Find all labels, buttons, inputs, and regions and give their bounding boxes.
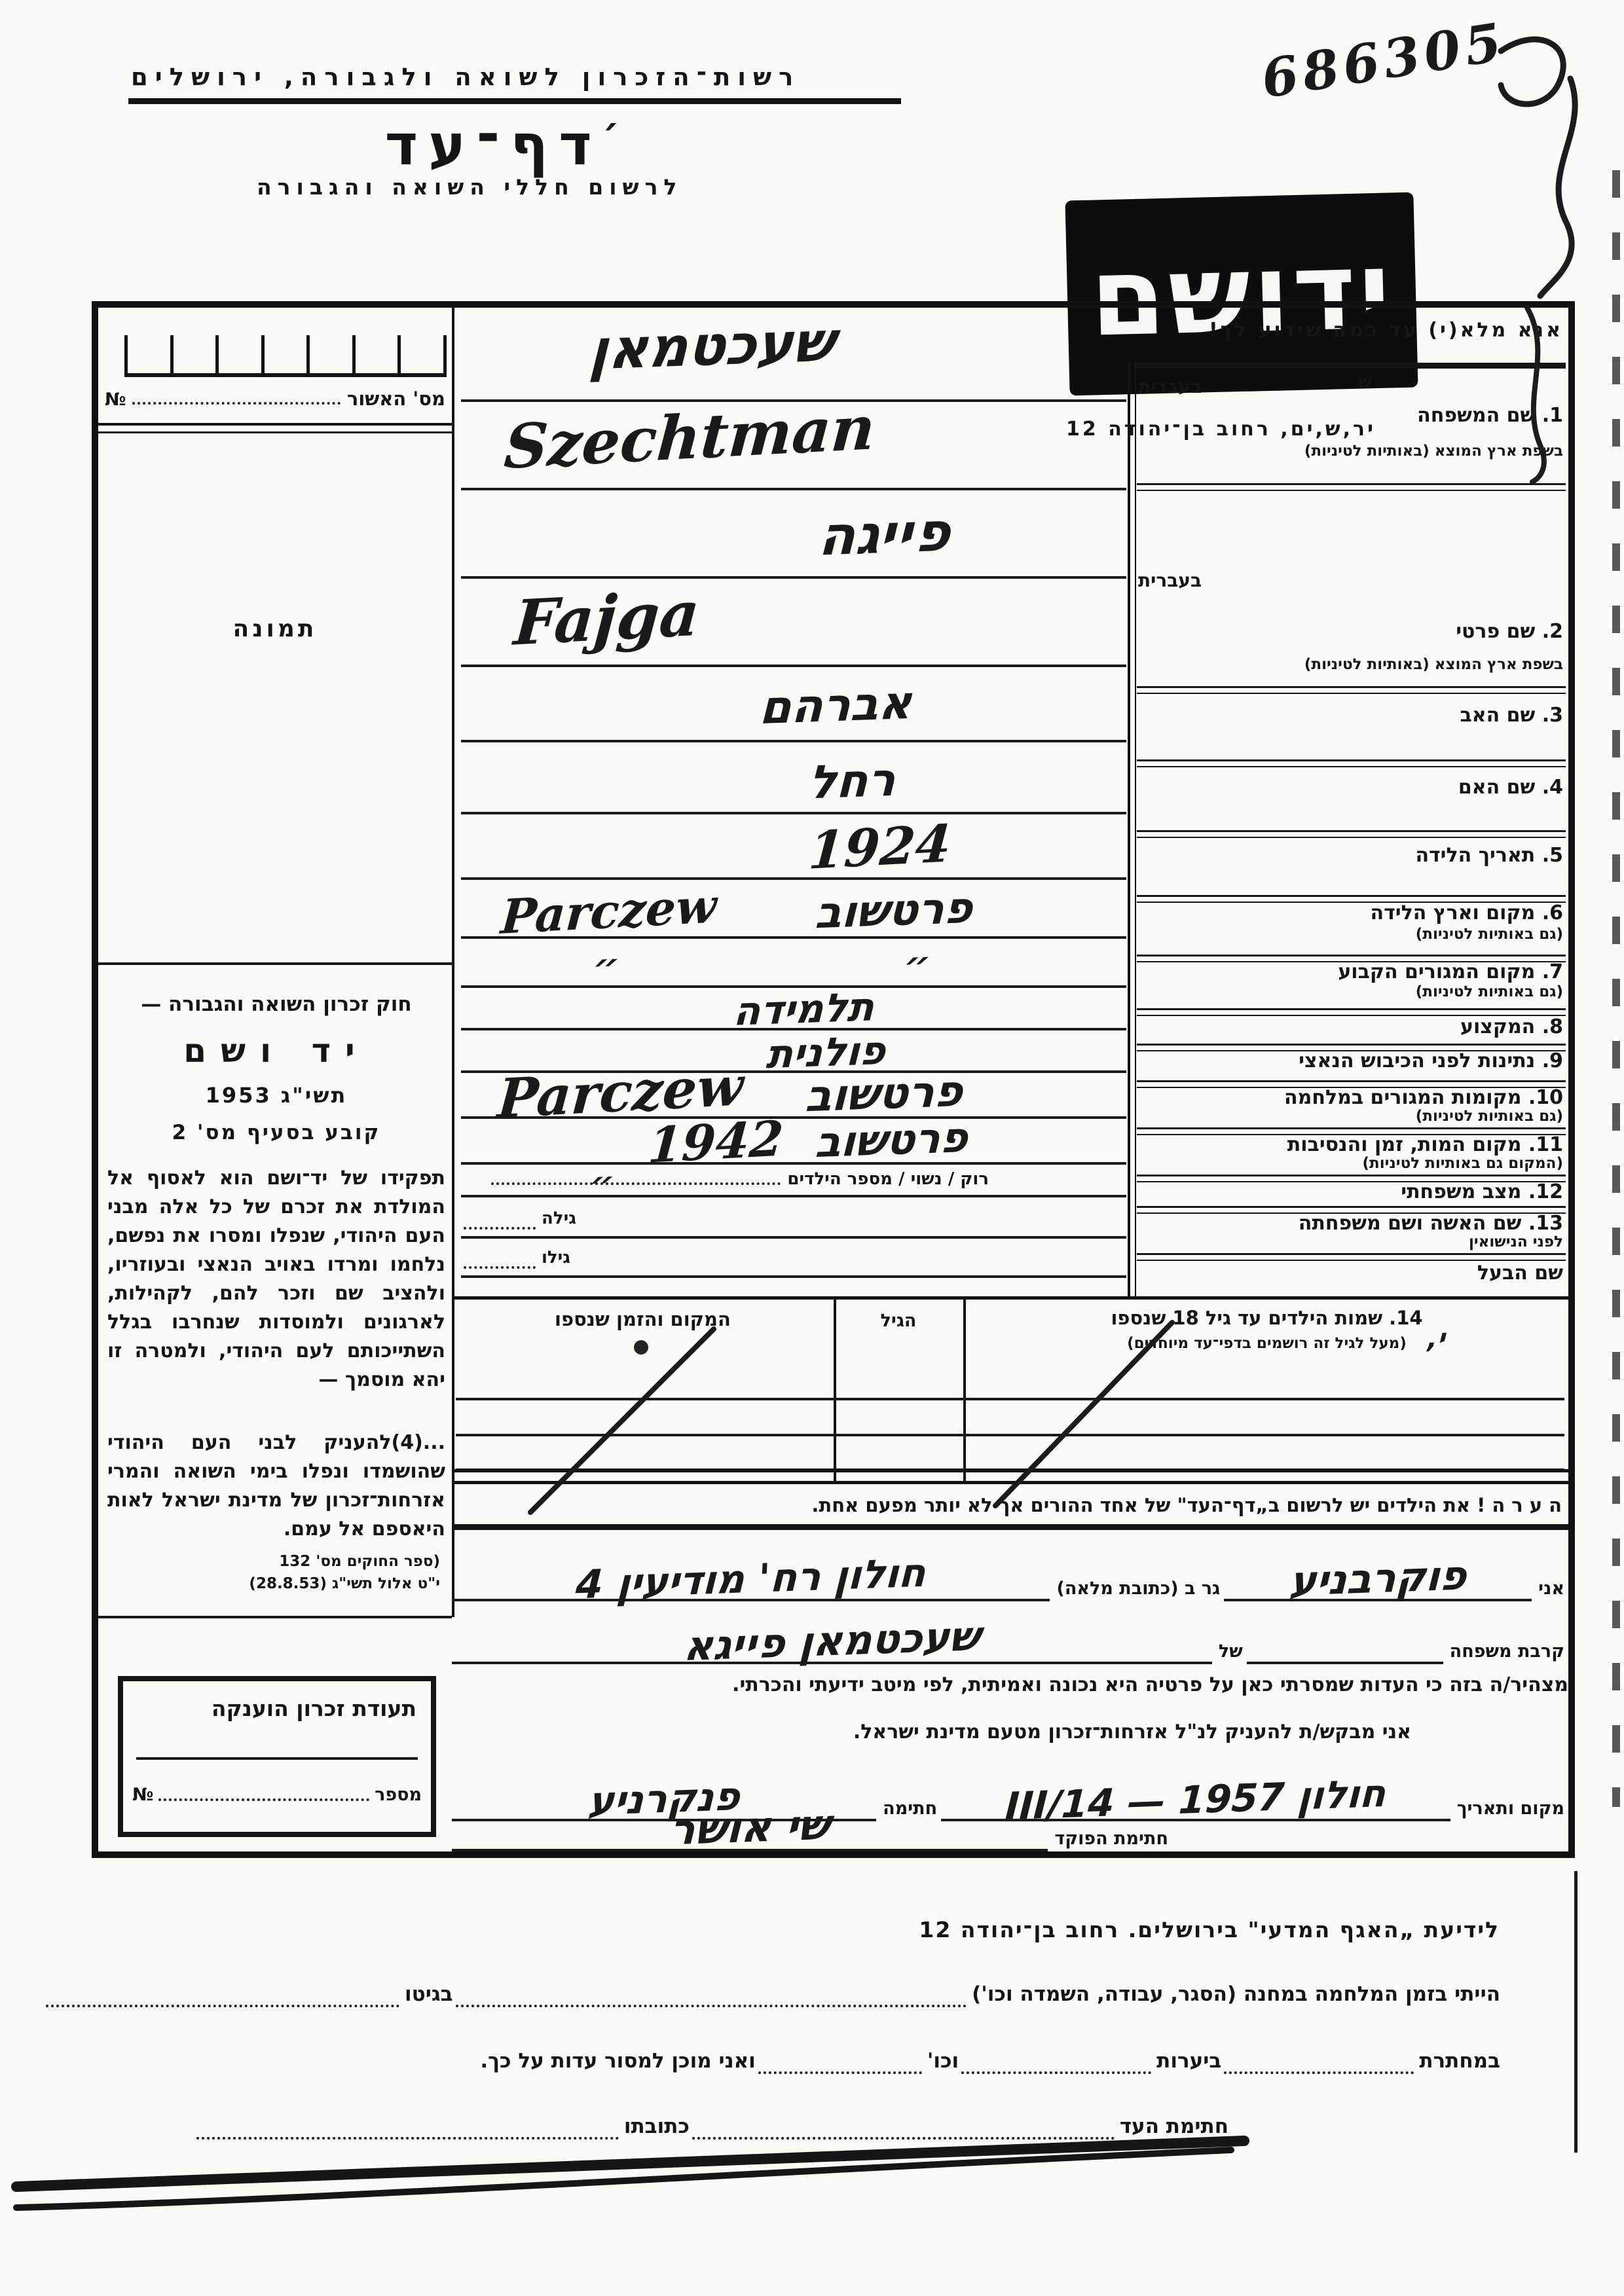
entry-family-hebrew: שעכטמאן xyxy=(588,314,836,377)
law-heading: חוק זכרון השואה והגבורה — xyxy=(107,993,445,1016)
writing-line-5 xyxy=(461,740,1126,742)
tick-ruler xyxy=(124,335,447,377)
husband-label: שם הבעל xyxy=(1477,1262,1563,1285)
entry-death-place-hebrew: פרטשוב xyxy=(814,1117,969,1164)
bottom-scan-bar-1 xyxy=(16,2141,1244,2187)
table-row-line-2 xyxy=(456,1434,1564,1436)
declarant-address-hw: חולון רח' מודיעין 4 xyxy=(575,1554,927,1605)
bottom-row-camp: הייתי בזמן המלחמה במחנה (הסגר, עבודה, הש… xyxy=(46,1971,1503,2007)
note-line: הערה! את הילדים יש לרשום ב„דף־העד" של אח… xyxy=(455,1494,1568,1516)
declarant-name-hw: פוקרבניע xyxy=(1288,1555,1467,1602)
victim-name-hw: שעכטמאן פײגא xyxy=(683,1616,982,1667)
witness-sig-line xyxy=(692,2115,1115,2140)
table-header-children-title: 14. שמות הילדים עד גיל 18 שנספו xyxy=(969,1307,1564,1329)
stamp-number-row: מספר № xyxy=(132,1785,422,1805)
entry-first-latin: Fajga xyxy=(512,583,701,654)
her-age-dots xyxy=(464,1227,536,1230)
forests-line xyxy=(961,2049,1151,2074)
law-name: יד ושם xyxy=(107,1032,445,1070)
table-divider-2 xyxy=(963,1300,966,1484)
law-year: תשי"ג 1953 xyxy=(107,1083,445,1108)
declaration-top-rule xyxy=(452,1524,1568,1530)
bottom-scan-bar-2 xyxy=(16,2150,1231,2208)
statement-line: מצהיר/ה בזה כי העדות שמסרתי כאן על פרטיה… xyxy=(455,1673,1568,1696)
scan-edge-vertical xyxy=(1574,1871,1578,2153)
field11-label: 11. מקום המות, זמן והנסיבות xyxy=(1287,1134,1563,1156)
registrar-label: חתימת הפוקד xyxy=(1048,1829,1172,1851)
photo-bottom-rule xyxy=(98,962,452,965)
handwritten-tick: י, xyxy=(1427,1325,1446,1352)
table-row-line-1 xyxy=(456,1398,1564,1400)
field3-label: 3. שם האב xyxy=(1460,704,1563,727)
entry-profession: תלמידה xyxy=(732,987,875,1032)
table-header-children: 14. שמות הילדים עד גיל 18 שנספו (מעל לגי… xyxy=(969,1307,1564,1355)
entry-birth-year: 1924 xyxy=(807,818,952,877)
underground-line xyxy=(1224,2049,1414,2074)
entry-birth-place-latin: Parczew xyxy=(500,882,718,941)
entry-ditto-residence-hebrew: ״ xyxy=(902,945,931,985)
entry-war-place-hebrew: פרטשוב xyxy=(804,1070,964,1119)
writing-line-2 xyxy=(461,488,1126,490)
field6-sub: (גם באותיות לטיניות) xyxy=(1416,926,1563,943)
place-header-dot xyxy=(634,1340,648,1355)
declaration-row-registrar: חתימת הפוקד שי אושר xyxy=(452,1800,1172,1851)
field2-hebrew-tag: בעברית xyxy=(1138,570,1202,591)
stamp-line xyxy=(136,1757,418,1760)
declarant-address-line: חולון רח' מודיעין 4 xyxy=(452,1559,1050,1601)
handwritten-file-number: 686305 xyxy=(1258,15,1509,105)
sidebar-bottom-rule xyxy=(98,1616,452,1618)
table-header-age: הגיל xyxy=(834,1310,963,1332)
flourish-loop xyxy=(1501,39,1563,104)
declaration-row-relation: קרבת משפחה של שעכטמאן פײגא xyxy=(452,1604,1568,1664)
field8-label: 8. המקצוע xyxy=(1460,1016,1563,1038)
entry-family-latin: Szechtman xyxy=(502,397,877,477)
underground-label: במחתרת xyxy=(1414,2049,1503,2074)
stray-shin-mark: ש xyxy=(1358,371,1372,392)
org-underline xyxy=(128,98,901,104)
field7-sub: (גם באותיות לטיניות) xyxy=(1416,983,1563,1000)
form-title-geresh: ׳ xyxy=(602,109,631,155)
fill-prompt: אנא מלא(י) עד כמה שידוע לך! xyxy=(1209,319,1563,342)
witness-addr-label: כתובתו xyxy=(619,2115,692,2140)
entry-ditto-residence-latin: ״ xyxy=(591,947,620,987)
label-divider-13 xyxy=(1137,1253,1566,1261)
table-bottom-border xyxy=(452,1469,1568,1484)
law-source2: י"ט אלול תשי"ג (28.8.53) xyxy=(107,1575,440,1592)
declaration-row-identity: אני פוקרבניע גר ב (כתובת מלאה) חולון רח'… xyxy=(452,1539,1568,1601)
of-label: של xyxy=(1212,1641,1247,1664)
stamp-number-line xyxy=(158,1798,369,1801)
i-label: אני xyxy=(1532,1578,1568,1601)
law-source1: (ספר החוקים מס' 132 xyxy=(107,1553,440,1570)
law-body: תפקידו של יד־ושם הוא לאסוף אל המולדת את … xyxy=(107,1164,445,1394)
entry-father: אברהם xyxy=(758,680,913,731)
writing-line-15 xyxy=(461,1236,1126,1239)
approval-no-mark: № xyxy=(105,390,132,410)
her-age-label: גילה xyxy=(542,1209,576,1228)
place-date-label: מקום ותאריך xyxy=(1450,1798,1568,1821)
stamp-number-label: מספר xyxy=(369,1785,422,1805)
relation-line xyxy=(1247,1662,1443,1664)
note-prefix: הערה! xyxy=(1477,1494,1568,1516)
relation-label: קרבת משפחה xyxy=(1443,1641,1568,1664)
form-subtitle: לרשום חללי השואה והגבורה xyxy=(257,174,682,200)
field5-label: 5. תאריך הלידה xyxy=(1415,845,1563,867)
scan-edge-speckle xyxy=(1612,170,1620,1807)
label-divider-1 xyxy=(1137,483,1566,491)
org-title: רשות־הזכרון לשואה ולגבורה, ירושלים xyxy=(131,63,800,91)
stamp-title: תעודת זכרון הוענקה xyxy=(212,1696,416,1721)
law-body2: ...(4)להעניק לבני העם היהודי שהושמדו ונפ… xyxy=(107,1429,445,1544)
label-divider-3 xyxy=(1137,759,1566,767)
field2-label: 2. שם פרטי xyxy=(1456,621,1563,643)
stamp-no-mark: № xyxy=(132,1785,158,1805)
flourish-stroke-1 xyxy=(1540,79,1575,296)
marital-dots xyxy=(491,1182,781,1185)
ready-label: ואני מוכן למסור עדות על כך. xyxy=(475,2049,758,2074)
field10-sub: (גם באותיות לטיניות) xyxy=(1416,1108,1563,1125)
witness-addr-line xyxy=(196,2115,619,2140)
field13-label: 13. שם האשה ושם משפחתה xyxy=(1299,1212,1563,1235)
law-clause: קובע בסעיף מס' 2 xyxy=(107,1121,445,1144)
entries-column: שעכטמאן Szechtman פײגה Fajga אברהם רחל 1… xyxy=(452,308,1132,1296)
witness-sig-label: חתימת העד xyxy=(1115,2115,1231,2140)
ghetto-label: בגיטו xyxy=(399,1982,456,2007)
entry-citizenship: פולנית xyxy=(765,1031,886,1075)
field13-sub: לפני הנישואין xyxy=(1469,1233,1563,1250)
marital-row: רוק / נשוי / מספר הילדים xyxy=(491,1169,989,1189)
ghetto-line xyxy=(46,1982,399,2007)
label-divider-4 xyxy=(1137,830,1566,838)
bottom-row-witness: חתימת העד כתובתו xyxy=(196,2103,1231,2140)
field12-label: 12. מצב משפחתי xyxy=(1401,1181,1563,1203)
entry-death-year: 1942 xyxy=(647,1114,785,1170)
registrar-line: שי אושר xyxy=(452,1807,1048,1851)
field10-label: 10. מקומות המגורים במלחמה xyxy=(1284,1087,1563,1109)
labels-column: אנא מלא(י) עד כמה שידוע לך! ש בעברית 1. … xyxy=(1132,308,1568,1296)
field2-sub: בשפת ארץ המוצא (באותיות לטיניות) xyxy=(1304,656,1563,673)
label-divider-2 xyxy=(1137,686,1566,694)
his-age-label: גילו xyxy=(542,1248,570,1267)
scanned-testimony-page: רשות־הזכרון לשואה ולגבורה, ירושלים ׳דף־ע… xyxy=(0,0,1624,2296)
writing-line-14 xyxy=(461,1195,1126,1197)
approval-label: מס' האשור xyxy=(341,388,445,410)
writing-line-3 xyxy=(461,576,1126,579)
field1-label: 1. שם המשפחה xyxy=(1417,405,1563,427)
declarant-name-line: פוקרבניע xyxy=(1224,1558,1532,1601)
form-title-wrap: ׳דף־עד xyxy=(354,109,661,178)
field9-label: 9. נתינות לפני הכיבוש הנאצי xyxy=(1299,1050,1563,1072)
photo-label: תמונה xyxy=(98,615,452,642)
marital-options: רוק / נשוי / מספר הילדים xyxy=(787,1169,989,1189)
certificate-stamp-box: תעודת זכרון הוענקה מספר № xyxy=(118,1676,436,1837)
etc-line xyxy=(758,2049,922,2074)
etc-label: וכו' xyxy=(922,2049,961,2074)
field6-label: 6. מקום וארץ הלידה xyxy=(1371,902,1563,924)
registrar-hw: שי אושר xyxy=(669,1804,831,1852)
field1-hebrew-tag: בעברית xyxy=(1138,376,1202,397)
field11-sub: (המקום גם באותיות לטיניות) xyxy=(1363,1155,1564,1172)
field1-sub: בשפת ארץ המוצא (באותיות לטיניות) xyxy=(1304,443,1563,460)
bottom-row-resistance: במחתרת ביערות וכו' ואני מוכן למסור עדות … xyxy=(46,2037,1503,2074)
approval-row: מס' האשור № xyxy=(105,388,445,410)
entry-mother: רחל xyxy=(807,757,896,806)
writing-line-4 xyxy=(461,665,1126,667)
entry-first-hebrew: פײגה xyxy=(817,505,951,564)
his-age-dots xyxy=(464,1266,536,1269)
request-line: אני מבקש/ת להעניק לנ"ל אזרחות־זכרון מטעם… xyxy=(455,1721,1411,1743)
camp-label: הייתי בזמן המלחמה במחנה (הסגר, עבודה, הש… xyxy=(967,1982,1503,2007)
table-header-place: המקום והזמן שנספו xyxy=(452,1309,834,1330)
approval-line xyxy=(132,402,340,405)
writing-line-16 xyxy=(461,1275,1126,1278)
field4-label: 4. שם האם xyxy=(1458,776,1563,799)
writing-line-6 xyxy=(461,812,1126,814)
form-title: דף־עד xyxy=(385,113,602,178)
writing-line-7 xyxy=(461,877,1126,880)
victim-name-line: שעכטמאן פײגא xyxy=(452,1621,1212,1664)
camp-line xyxy=(456,1982,967,2007)
approval-divider xyxy=(98,423,452,433)
prompt-rule xyxy=(1134,363,1566,369)
table-header-children-sub: (מעל לגיל זה רושמים בדפי־עד מיוחדים) xyxy=(969,1333,1564,1355)
writing-line-13 xyxy=(461,1162,1126,1165)
field7-label: 7. מקום המגורים הקבוע xyxy=(1338,961,1563,983)
bottom-heading: לידיעת „האגף המדעי" בירושלים. רחוב בן־יה… xyxy=(919,1917,1500,1942)
note-text: את הילדים יש לרשום ב„דף־העד" של אחד ההור… xyxy=(811,1494,1470,1516)
form-box: מס' האשור № תמונה חוק זכרון השואה והגבור… xyxy=(92,301,1575,1858)
forests-label: ביערות xyxy=(1151,2049,1224,2074)
entry-birth-place-hebrew: פרטשוב xyxy=(814,886,974,936)
children-table: 14. שמות הילדים עד גיל 18 שנספו (מעל לגי… xyxy=(452,1296,1568,1484)
address-label: גר ב (כתובת מלאה) xyxy=(1050,1578,1224,1601)
